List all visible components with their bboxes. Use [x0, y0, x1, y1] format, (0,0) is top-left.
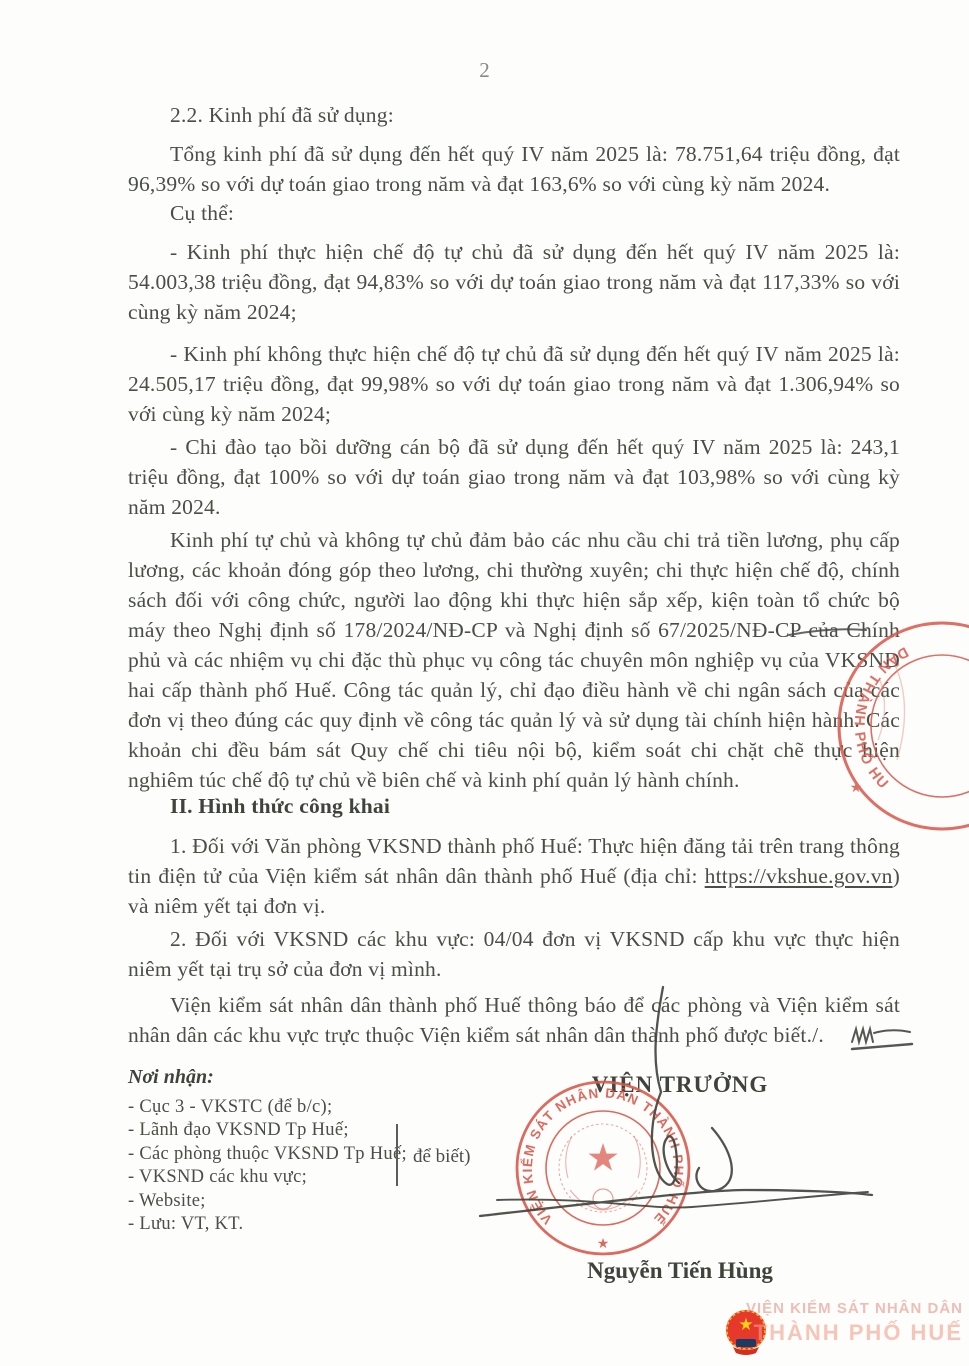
stamp-star-icon: ★ — [586, 1138, 620, 1180]
paragraph-closing-notice: Viện kiểm sát nhân dân thành phố Huế thô… — [128, 990, 900, 1050]
official-stamp: ★ VIỆN KIỂM SÁT NHÂN DÂN THÀNH PHỐ HUẾ ★ — [517, 1082, 689, 1254]
signer-name: Nguyễn Tiến Hùng — [540, 1258, 820, 1284]
paragraph-publication-office: 1. Đối với Văn phòng VKSND thành phố Huế… — [128, 831, 900, 921]
section-2-2-heading: 2.2. Kinh phí đã sử dụng: — [128, 100, 900, 130]
paragraph-publication-regions: 2. Đối với VKSND các khu vực: 04/04 đơn … — [128, 924, 900, 984]
recipients-brace-bar — [396, 1124, 398, 1186]
recipient-item: - Các phòng thuộc VKSND Tp Huế; — [128, 1143, 428, 1166]
recipients-heading: Nơi nhận: — [128, 1066, 428, 1089]
recipient-item: - VKSND các khu vực; — [128, 1166, 428, 1189]
recipients-block: Nơi nhận: - Cục 3 - VKSTC (để b/c); - Lã… — [128, 1066, 428, 1236]
recipient-item: - Lãnh đạo VKSND Tp Huế; — [128, 1119, 428, 1142]
site-watermark: VIỆN KIỂM SÁT NHÂN DÂN THÀNH PHỐ HUẾ — [735, 1300, 963, 1346]
website-link[interactable]: https://vkshue.gov.vn — [705, 864, 893, 888]
page-number: 2 — [0, 58, 969, 83]
svg-text:VIỆN KIỂM SÁT NHÂN DÂN THÀNH P: VIỆN KIỂM SÁT NHÂN DÂN THÀNH PHỐ HUẾ — [520, 1085, 686, 1227]
watermark-line1: VIỆN KIỂM SÁT NHÂN DÂN — [735, 1300, 963, 1317]
paragraph-budget-explanation: Kinh phí tự chủ và không tự chủ đảm bảo … — [128, 525, 900, 795]
recipients-note: để biết) — [413, 1146, 471, 1168]
recipient-item: - Website; — [128, 1190, 428, 1213]
bullet-non-autonomy-budget: - Kinh phí không thực hiện chế độ tự chủ… — [128, 339, 900, 429]
section-ii-heading: II. Hình thức công khai — [128, 791, 900, 821]
bullet-autonomy-budget: - Kinh phí thực hiện chế độ tự chủ đã sử… — [128, 237, 900, 327]
watermark-line2: THÀNH PHỐ HUẾ — [735, 1320, 963, 1346]
paragraph-total-budget: Tổng kinh phí đã sử dụng đến hết quý IV … — [128, 139, 900, 199]
recipient-item: - Cục 3 - VKSTC (để b/c); — [128, 1096, 428, 1119]
scanned-document-page: 2 2.2. Kinh phí đã sử dụng: Tổng kinh ph… — [0, 0, 969, 1366]
bullet-training-budget: - Chi đào tạo bồi dưỡng cán bộ đã sử dụn… — [128, 432, 900, 522]
stamp-arc-text: VIỆN KIỂM SÁT NHÂN DÂN THÀNH PHỐ HUẾ — [520, 1085, 686, 1227]
recipient-item: - Lưu: VT, KT. — [128, 1213, 428, 1236]
stamp-bottom-star-icon: ★ — [597, 1237, 610, 1252]
paragraph-cu-the: Cụ thể: — [128, 198, 900, 228]
signer-title: VIỆN TRƯỞNG — [540, 1072, 820, 1098]
